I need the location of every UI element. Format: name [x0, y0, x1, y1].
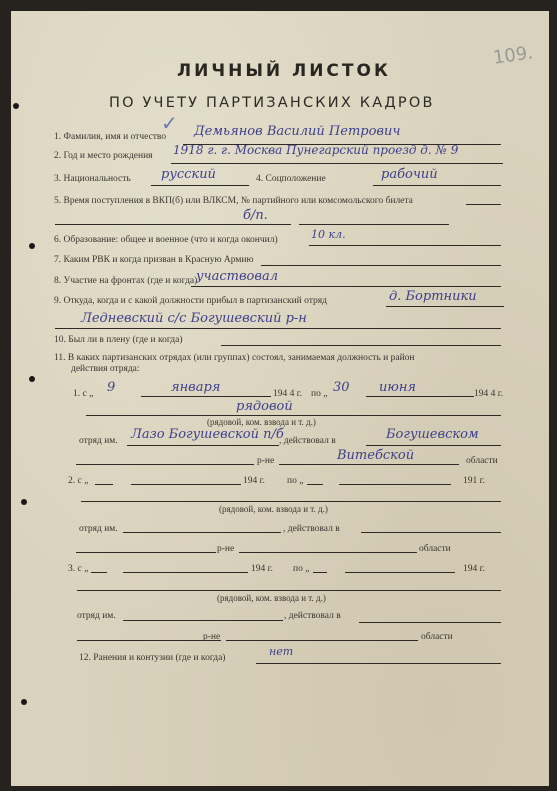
entry-1-month-from-line: [141, 396, 271, 397]
punch-hole: [13, 103, 19, 109]
field-12-line: [256, 663, 501, 664]
entry-1-day-from: 9: [107, 380, 115, 395]
entry-3-district-line-a: [77, 640, 221, 641]
field-2-label: 2. Год и место рождения: [54, 151, 153, 161]
field-5-value: б/п.: [243, 208, 268, 223]
field-9-line-1: [386, 306, 504, 307]
field-7-label: 7. Каким РВК и когда призван в Красную А…: [54, 255, 254, 265]
field-5-label: 5. Время поступления в ВКП(б) или ВЛКСМ,…: [54, 196, 413, 206]
entry-3-day-from-line: [91, 572, 107, 573]
entry-2-num: 2. с „: [68, 476, 88, 486]
field-3-line: [151, 185, 249, 186]
entry-1-month-from: января: [171, 380, 220, 395]
field-9-value-2: Ледневский с/с Богушевский р-н: [81, 311, 307, 326]
entry-2-acted-line: [361, 532, 501, 533]
field-8-label: 8. Участие на фронтах (где и когда): [54, 276, 197, 286]
field-7-line: [261, 265, 501, 266]
entry-1-region-label: области: [466, 456, 498, 466]
field-3-label: 3. Национальность: [54, 174, 131, 184]
field-12-label: 12. Ранения и контузии (где и когда): [79, 653, 225, 663]
punch-hole: [29, 376, 35, 382]
entry-2-district-line-b: [239, 552, 417, 553]
field-10-line: [221, 345, 501, 346]
entry-2-detachment-label: отряд им.: [79, 524, 118, 534]
entry-2-position-caption: (рядовой, ком. взвода и т. д.): [219, 504, 328, 514]
archive-number: 109.: [492, 42, 535, 68]
page-title: ЛИЧНЫЙ ЛИСТОК: [177, 61, 391, 81]
entry-1-month-to: июня: [379, 380, 416, 395]
entry-2-word-to: по „: [287, 476, 303, 486]
field-6-value: 10 кл.: [311, 228, 346, 241]
field-5-line-b: [55, 224, 291, 225]
field-6-label: 6. Образование: общее и военное (что и к…: [54, 235, 278, 245]
field-2-line: [171, 163, 503, 164]
entry-3-day-to-line: [313, 572, 327, 573]
field-8-line: [191, 286, 501, 287]
entry-3-word-to: по „: [293, 564, 309, 574]
field-3-value: русский: [161, 167, 216, 182]
entry-3-district-line-b: [226, 640, 418, 641]
field-11-label-1: 11. В каких партизанских отрядах (или гр…: [54, 353, 415, 363]
field-2-value: 1918 г. г. Москва Пунегарский проезд д. …: [173, 143, 458, 157]
entry-1-district-label: р-не: [257, 456, 274, 466]
entry-1-month-to-line: [366, 396, 474, 397]
field-5-line-c: [299, 224, 449, 225]
entry-3-year-from: 194 г.: [251, 564, 273, 574]
entry-1-region-line: [279, 464, 459, 465]
entry-1-word-to: по „: [311, 389, 327, 399]
entry-1-day-to: 30: [333, 380, 350, 395]
entry-1-detachment-line: [127, 445, 279, 446]
entry-1-detachment: Лазо Богушевской п/б: [131, 427, 284, 442]
field-12-value: нет: [269, 645, 293, 658]
field-11-label-2: действия отряда:: [71, 364, 140, 374]
page-subtitle: ПО УЧЕТУ ПАРТИЗАНСКИХ КАДРОВ: [109, 95, 435, 111]
entry-3-region-label: области: [421, 632, 453, 642]
entry-2-year-from: 194 г.: [243, 476, 265, 486]
field-9-label: 9. Откуда, когда и с какой должности при…: [54, 296, 327, 306]
field-8-value: участвовал: [196, 269, 278, 284]
field-1-value: Демьянов Василий Петрович: [194, 124, 400, 139]
entry-1-acted-line: [366, 445, 501, 446]
entry-3-detachment-label: отряд им.: [77, 611, 116, 621]
entry-2-acted-label: , действовал в: [283, 524, 340, 534]
entry-2-region-label: области: [419, 544, 451, 554]
field-6-line: [309, 245, 501, 246]
field-5-line-a: [466, 204, 501, 205]
entry-3-acted-line: [359, 622, 501, 623]
entry-2-day-from-line: [95, 484, 113, 485]
entry-1-year-from: 194 4 г.: [273, 389, 302, 399]
entry-3-acted-label: , действовал в: [284, 611, 341, 621]
field-4-label: 4. Соцположение: [256, 174, 326, 184]
entry-2-district-line-a: [76, 552, 216, 553]
field-1-label: 1. Фамилия, имя и отчество: [54, 132, 166, 142]
entry-3-detachment-line: [123, 620, 283, 621]
entry-1-region: Витебской: [337, 448, 414, 463]
entry-2-district-label: р-не: [217, 544, 234, 554]
entry-1-acted-in: Богушевском: [386, 427, 479, 442]
entry-3-position-caption: (рядовой, ком. взвода и т. д.): [217, 593, 326, 603]
entry-3-month-to-line: [345, 572, 455, 573]
entry-1-num: 1. с „: [73, 389, 93, 399]
field-9-value-1: д. Бортники: [389, 289, 477, 304]
entry-1-position-caption: (рядовой, ком. взвода и т. д.): [207, 417, 316, 427]
entry-1-district-line: [76, 464, 254, 465]
entry-1-acted-label: , действовал в: [279, 436, 336, 446]
entry-3-month-from-line: [123, 572, 248, 573]
entry-3-year-to: 194 г.: [463, 564, 485, 574]
entry-2-day-to-line: [307, 484, 323, 485]
entry-3-district-label: р-не: [203, 632, 220, 642]
entry-3-position-line: [77, 590, 501, 591]
field-4-line: [373, 185, 501, 186]
entry-1-position: рядовой: [236, 399, 293, 414]
entry-1-position-line: [86, 415, 501, 416]
punch-hole: [29, 243, 35, 249]
punch-hole: [21, 499, 27, 505]
entry-3-num: 3. с „: [68, 564, 88, 574]
entry-1-detachment-label: отряд им.: [79, 436, 118, 446]
entry-2-detachment-line: [123, 532, 281, 533]
entry-2-year-to: 191 г.: [463, 476, 485, 486]
entry-1-year-to: 194 4 г.: [474, 389, 503, 399]
entry-2-month-to-line: [339, 484, 451, 485]
field-4-value: рабочий: [381, 167, 438, 182]
field-9-line-2: [55, 328, 501, 329]
document-page: 109. ЛИЧНЫЙ ЛИСТОК ПО УЧЕТУ ПАРТИЗАНСКИХ…: [11, 11, 549, 786]
entry-2-position-line: [81, 501, 501, 502]
entry-2-month-from-line: [131, 484, 241, 485]
punch-hole: [21, 699, 27, 705]
field-10-label: 10. Был ли в плену (где и когда): [54, 335, 183, 345]
